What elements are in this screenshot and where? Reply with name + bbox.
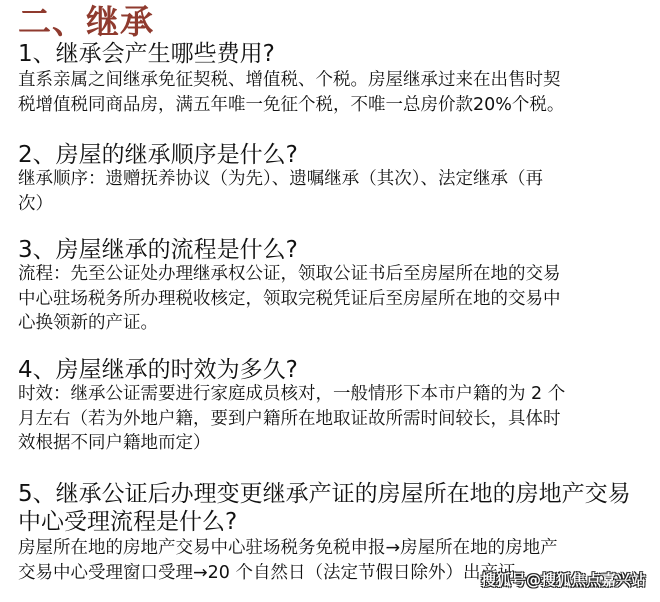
question-2: 2、房屋的继承顺序是什么? [18, 141, 298, 169]
answer-line: 税增值税同商品房，满五年唯一免征个税，不唯一总房价款20%个税。 [18, 93, 648, 118]
answer-2: 继承顺序：遗赠抚养协议（为先）、遗嘱继承（其次）、法定继承（再 次） [18, 167, 648, 216]
answer-line: 中心驻场税务所办理税收核定，领取完税凭证后至房屋所在地的交易中 [18, 287, 648, 312]
answer-line: 房屋所在地的房地产交易中心驻场税务免税申报→房屋所在地的房地产 [18, 536, 648, 561]
section-title: 二、继承 [18, 2, 154, 42]
answer-line: 直系亲属之间继承免征契税、增值税、个税。房屋继承过来在出售时契 [18, 68, 648, 93]
question-4: 4、房屋继承的时效为多久? [18, 356, 298, 384]
question-1: 1、继承会产生哪些费用? [18, 40, 275, 68]
question-5-line-1: 5、继承公证后办理变更继承产证的房屋所在地的房地产交易 [18, 480, 631, 508]
answer-line: 心换领新的产证。 [18, 311, 648, 336]
watermark: 搜狐号@搜狐焦点嘉兴站 [481, 570, 646, 590]
answer-line: 时效：继承公证需要进行家庭成员核对，一般情形下本市户籍的为 2 个 [18, 382, 648, 407]
answer-line: 次） [18, 192, 648, 217]
answer-line: 继承顺序：遗赠抚养协议（为先）、遗嘱继承（其次）、法定继承（再 [18, 167, 648, 192]
answer-line: 月左右（若为外地户籍，要到户籍所在地取证故所需时间较长，具体时 [18, 407, 648, 432]
question-3: 3、房屋继承的流程是什么? [18, 236, 298, 264]
answer-line: 效根据不同户籍地而定） [18, 431, 648, 456]
question-5-line-2: 中心受理流程是什么? [18, 508, 237, 536]
answer-3: 流程：先至公证处办理继承权公证，领取公证书后至房屋所在地的交易 中心驻场税务所办… [18, 262, 648, 336]
answer-4: 时效：继承公证需要进行家庭成员核对，一般情形下本市户籍的为 2 个 月左右（若为… [18, 382, 648, 456]
document-page: 二、继承 1、继承会产生哪些费用? 直系亲属之间继承免征契税、增值税、个税。房屋… [0, 0, 660, 602]
answer-line: 流程：先至公证处办理继承权公证，领取公证书后至房屋所在地的交易 [18, 262, 648, 287]
answer-1: 直系亲属之间继承免征契税、增值税、个税。房屋继承过来在出售时契 税增值税同商品房… [18, 68, 648, 117]
